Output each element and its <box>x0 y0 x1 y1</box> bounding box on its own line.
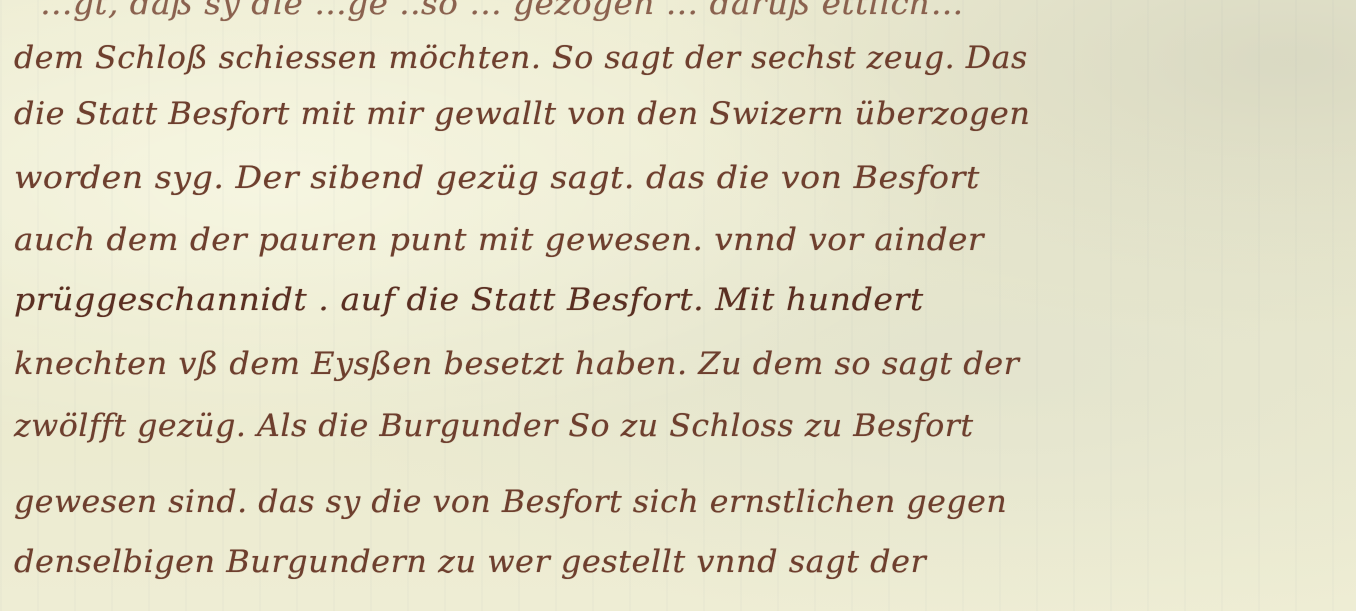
manuscript-line-9: denselbigen Burgundern zu wer gestellt v… <box>14 544 926 580</box>
manuscript-line-7: zwölfft gezüg. Als die Burgunder So zu S… <box>14 408 974 444</box>
manuscript-line-2: die Statt Besfort mit mir gewallt von de… <box>14 96 1030 132</box>
manuscript-line-3: worden syg. Der sibend gezüg sagt. das d… <box>14 160 980 196</box>
manuscript-line-8: gewesen sind. das sy die von Besfort sic… <box>14 484 1007 520</box>
manuscript-page: …gt, daß sy die …ge ..so … gezogen … dar… <box>0 0 1356 611</box>
manuscript-line-5: prüggeschannidt . auf die Statt Besfort.… <box>14 282 924 318</box>
manuscript-line-6: knechten vß dem Eysßen besetzt haben. Zu… <box>14 346 1019 382</box>
manuscript-line-0-partial: …gt, daß sy die …ge ..so … gezogen … dar… <box>40 0 964 22</box>
manuscript-line-1: dem Schloß schiessen möchten. So sagt de… <box>14 40 1028 76</box>
manuscript-line-4: auch dem der pauren punt mit gewesen. vn… <box>14 222 984 258</box>
